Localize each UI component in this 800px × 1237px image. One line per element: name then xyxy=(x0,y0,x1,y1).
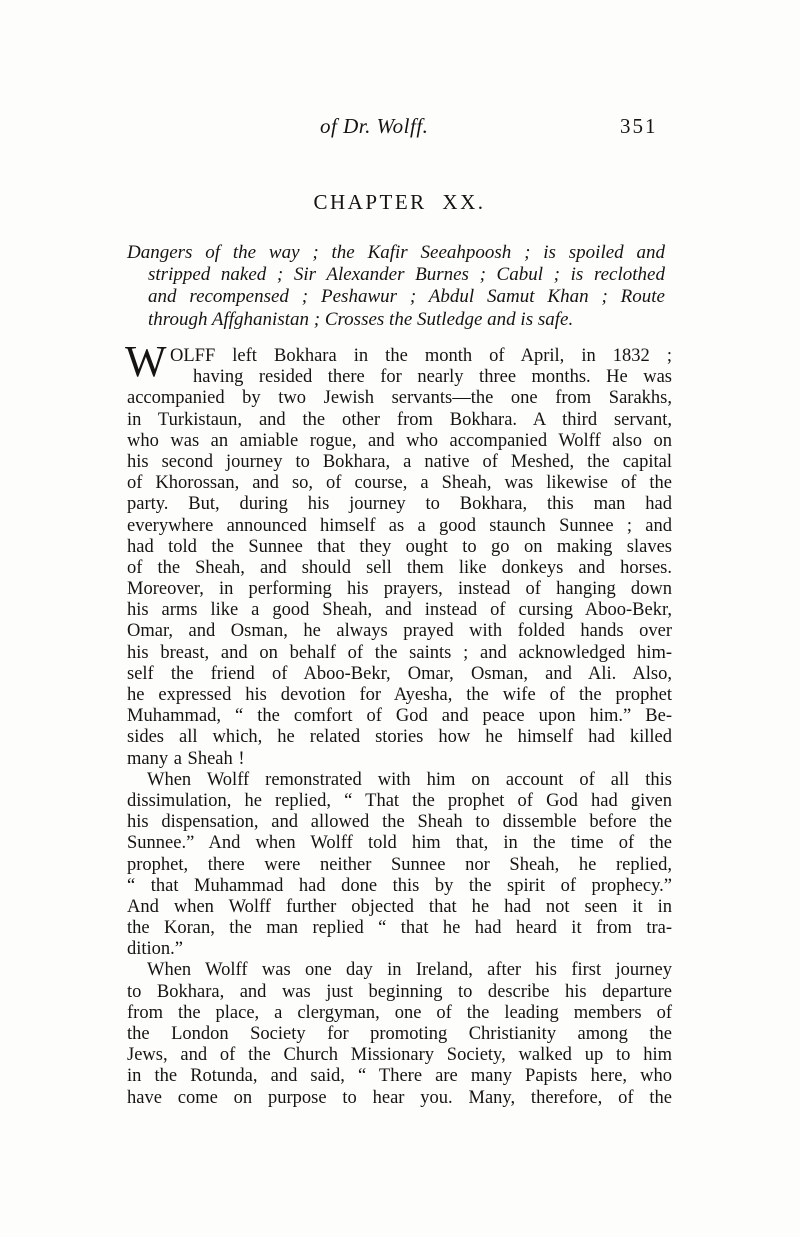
text-line: Jews, and of the Church Missionary Socie… xyxy=(127,1045,672,1066)
paragraph-3: When Wolff was one day in Ireland, after… xyxy=(127,960,672,1108)
text-line: in the Rotunda, and said, “ There are ma… xyxy=(127,1066,672,1087)
text-line: the Koran, the man replied “ that he had… xyxy=(127,918,672,939)
running-header-title: of Dr. Wolff. xyxy=(320,114,428,139)
text-line: prophet, there were neither Sunnee nor S… xyxy=(127,855,672,876)
text-line: many a Sheah ! xyxy=(127,749,672,770)
text-line: sides all which, he related stories how … xyxy=(127,727,672,748)
text-line: OLFF left Bokhara in the month of April,… xyxy=(127,346,672,367)
text-line: Dangers of the way ; the Kafir Seeahpoos… xyxy=(127,242,665,264)
text-line: party. But, during his journey to Bokhar… xyxy=(127,494,672,515)
text-line: the London Society for promoting Christi… xyxy=(127,1024,672,1045)
text-line: in Turkistaun, and the other from Bokhar… xyxy=(127,410,672,431)
text-line: And when Wolff further objected that he … xyxy=(127,897,672,918)
text-line: Sunnee.” And when Wolff told him that, i… xyxy=(127,833,672,854)
chapter-summary: Dangers of the way ; the Kafir Seeahpoos… xyxy=(127,242,665,331)
text-line: from the place, a clergyman, one of the … xyxy=(127,1003,672,1024)
text-line: Muhammad, “ the comfort of God and peace… xyxy=(127,706,672,727)
text-line: “ that Muhammad had done this by the spi… xyxy=(127,876,672,897)
text-line: of the Sheah, and should sell them like … xyxy=(127,558,672,579)
text-line: and recompensed ; Peshawur ; Abdul Samut… xyxy=(127,286,665,308)
text-line: his arms like a good Sheah, and instead … xyxy=(127,600,672,621)
text-line: dition.” xyxy=(127,939,672,960)
page-number: 351 xyxy=(620,114,658,139)
body-text: W OLFF left Bokhara in the month of Apri… xyxy=(127,346,672,1109)
text-line: When Wolff remonstrated with him on acco… xyxy=(127,770,672,791)
text-line: he expressed his devotion for Ayesha, th… xyxy=(127,685,672,706)
text-line: When Wolff was one day in Ireland, after… xyxy=(127,960,672,981)
text-line: his breast, and on behalf of the saints … xyxy=(127,643,672,664)
text-line: dissimulation, he replied, “ That the pr… xyxy=(127,791,672,812)
paragraph-1: OLFF left Bokhara in the month of April,… xyxy=(127,346,672,770)
text-line: his second journey to Bokhara, a native … xyxy=(127,452,672,473)
text-line: through Affghanistan ; Crosses the Sutle… xyxy=(127,309,665,331)
text-line: self the friend of Aboo-Bekr, Omar, Osma… xyxy=(127,664,672,685)
text-line: have come on purpose to hear you. Many, … xyxy=(127,1088,672,1109)
text-line: accompanied by two Jewish servants—the o… xyxy=(127,388,672,409)
text-line: stripped naked ; Sir Alexander Burnes ; … xyxy=(127,264,665,286)
text-line: his dispensation, and allowed the Sheah … xyxy=(127,812,672,833)
text-line: to Bokhara, and was just beginning to de… xyxy=(127,982,672,1003)
text-line: having resided there for nearly three mo… xyxy=(127,367,672,388)
text-line: Omar, and Osman, he always prayed with f… xyxy=(127,621,672,642)
text-line: everywhere announced himself as a good s… xyxy=(127,516,672,537)
chapter-heading: CHAPTER XX. xyxy=(127,190,672,215)
text-line: of Khorossan, and so, of course, a Sheah… xyxy=(127,473,672,494)
text-line: who was an amiable rogue, and who accomp… xyxy=(127,431,672,452)
paragraph-2: When Wolff remonstrated with him on acco… xyxy=(127,770,672,961)
text-line: had told the Sunnee that they ought to g… xyxy=(127,537,672,558)
book-page: of Dr. Wolff. 351 CHAPTER XX. Dangers of… xyxy=(0,0,800,1237)
text-line: Moreover, in performing his prayers, ins… xyxy=(127,579,672,600)
